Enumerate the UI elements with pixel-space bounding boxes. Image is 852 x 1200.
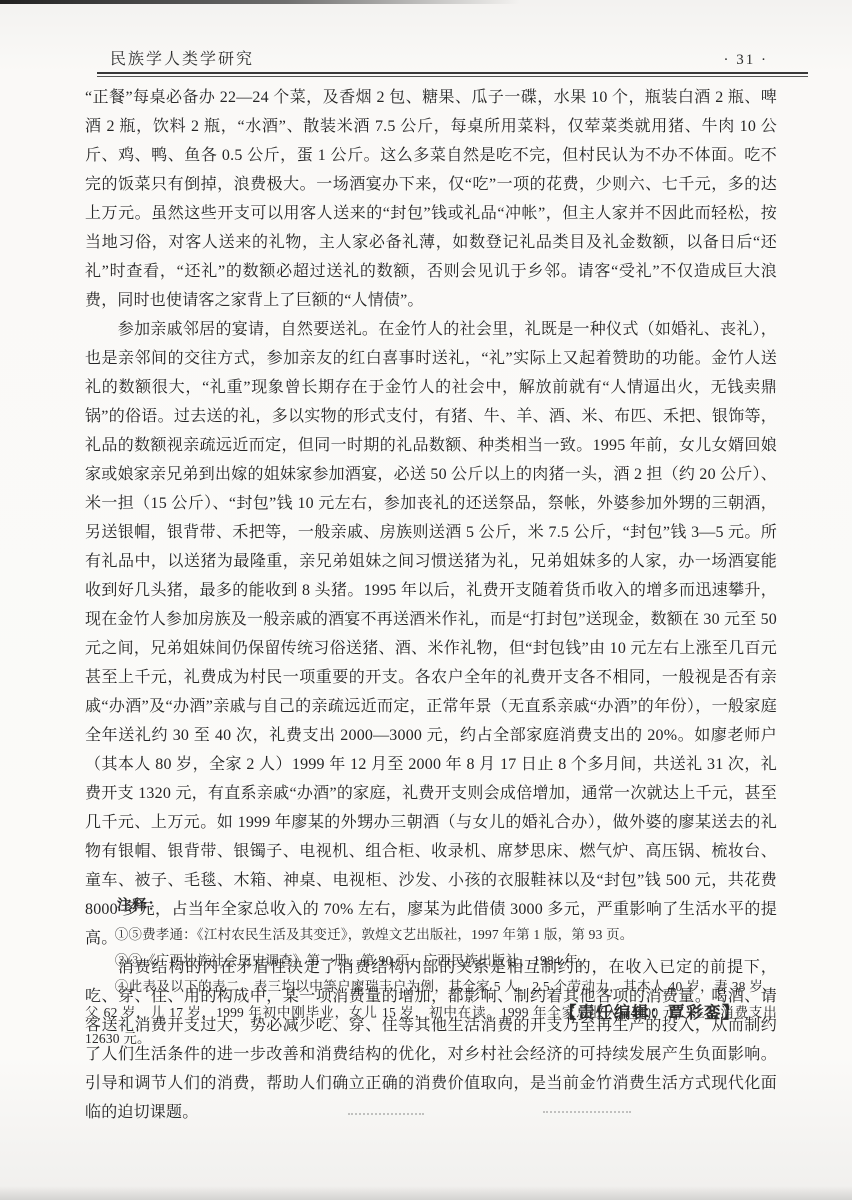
- editor-credit-line: 【责任编辑：覃彩銮】: [560, 999, 740, 1023]
- notes-section: 注释： ①⑤费孝通：《江村农民生活及其变迁》，敦煌文艺出版社，1997 年第 1…: [85, 894, 777, 1052]
- footnote-item: ②③《广西壮族社会历史调查》第一册，第 90 页，广西民族出版社，1984 年。: [85, 948, 777, 974]
- journal-section-title: 民族学人类学研究: [110, 46, 254, 69]
- page-number: · 31 ·: [724, 52, 811, 69]
- body-paragraph: “正餐”每桌必备办 22—24 个菜，及香烟 2 包、糖果、瓜子一碟，水果 10…: [85, 83, 777, 315]
- body-paragraph: 参加亲戚邻居的宴请，自然要送礼。在金竹人的社会里，礼既是一种仪式（如婚礼、丧礼）…: [85, 315, 777, 953]
- footnote-item: ①⑤费孝通：《江村农民生活及其变迁》，敦煌文艺出版社，1997 年第 1 版，第…: [85, 922, 777, 948]
- header-double-rule: [97, 72, 808, 77]
- scanned-journal-page: 民族学人类学研究 · 31 · “正餐”每桌必备办 22—24 个菜，及香烟 2…: [0, 0, 852, 1200]
- notes-list: ①⑤费孝通：《江村农民生活及其变迁》，敦煌文艺出版社，1997 年第 1 版，第…: [85, 922, 777, 1052]
- page-header: 民族学人类学研究 · 31 ·: [110, 46, 810, 69]
- scan-artifact-smudge-right: [543, 1111, 631, 1113]
- notes-heading: 注释：: [85, 894, 777, 918]
- header-rule-thin-line: [97, 76, 808, 77]
- scan-artifact-smudge-left: [348, 1113, 424, 1115]
- scan-artifact-top-edge: [0, 0, 520, 4]
- scan-artifact-bottom-edge: [0, 1186, 852, 1200]
- header-rule-thick-line: [97, 72, 808, 74]
